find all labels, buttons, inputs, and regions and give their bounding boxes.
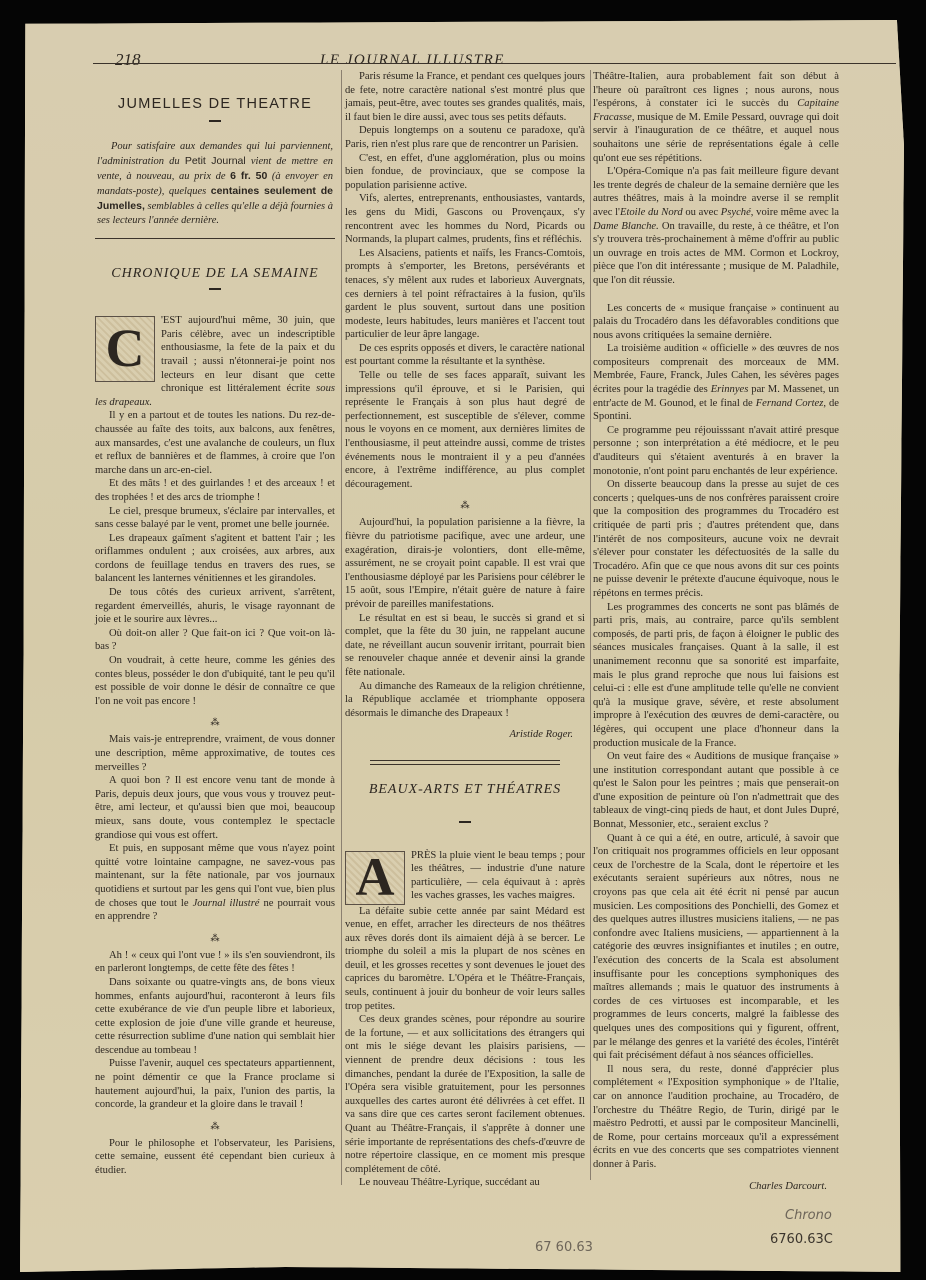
archive-pencil-code: 6760.63C [770, 1232, 833, 1247]
paragraph: On voudrait, à cette heure, comme les gé… [95, 654, 335, 708]
beaux-arts-paragraph: Ce programme peu réjouisssant n'avait at… [593, 424, 839, 478]
column-1: JUMELLES DE THEATRE Pour satisfaire aux … [95, 70, 335, 1178]
double-rule [370, 760, 560, 765]
beaux-arts-intro: A PRÈS la pluie vient le beau temps ; po… [345, 849, 585, 905]
beaux-arts-paragraph: L'Opéra-Comique n'a pas fait meilleure f… [593, 165, 839, 287]
section-rule [95, 238, 335, 239]
paragraph: On veut faire des « Auditions de musique… [593, 750, 839, 832]
beaux-arts-paragraph: Les concerts de « musique française » co… [593, 302, 839, 343]
chronique-paragraphs-f: Aujourd'hui, la population parisienne a … [345, 516, 585, 720]
asterism: ⁂ [95, 1122, 335, 1131]
archive-pencil-word: Chrono [785, 1208, 832, 1223]
header-rule [93, 63, 896, 64]
chronique-paragraphs-d: Pour le philosophe et l'observateur, les… [95, 1137, 335, 1178]
section-dash [459, 821, 471, 823]
paragraph: Il y en a partout et de toutes les natio… [95, 409, 335, 477]
paragraph: Au dimanche des Rameaux de la religion c… [345, 680, 585, 721]
chronique-paragraphs-b: Mais vais-je entreprendre, vraiment, de … [95, 733, 335, 842]
paragraph: Les Alsaciens, patients et naïfs, les Fr… [345, 247, 585, 342]
running-head: 218 LE JOURNAL ILLUSTRE [115, 50, 874, 72]
paragraph: Puisse l'avenir, auquel ces spectateurs … [95, 1057, 335, 1111]
paragraph: On disserte beaucoup dans la presse au s… [593, 478, 839, 600]
asterism: ⁂ [345, 501, 585, 510]
chronique-intro: C 'EST aujourd'hui même, 30 juin, que Pa… [95, 314, 335, 409]
paragraph: Vifs, alertes, entreprenants, enthousias… [345, 192, 585, 246]
paragraph: Et des mâts ! et des guirlandes ! et des… [95, 477, 335, 504]
beaux-arts-paragraphs-a: La défaite subie cette année par saint M… [345, 905, 585, 1190]
chronique-paragraph: Et puis, en supposant même que vous n'ay… [95, 842, 335, 924]
paragraph: Où doit-on aller ? Que fait-on ici ? Que… [95, 627, 335, 654]
paragraph: Quant à ce qui a été, en outre, articulé… [593, 832, 839, 1063]
ornate-dropcap-c: C [95, 316, 155, 382]
paragraph: Depuis longtemps on a soutenu ce paradox… [345, 124, 585, 151]
chronique-paragraphs-e: Paris résume la France, et pendant ces q… [345, 70, 585, 491]
asterism: ⁂ [95, 718, 335, 727]
paragraph: De ces esprits opposés et divers, le car… [345, 342, 585, 369]
paragraph: Telle ou telle de ses faces apparaît, su… [345, 369, 585, 491]
paragraph: Pour le philosophe et l'observateur, les… [95, 1137, 335, 1178]
paragraph: Le nouveau Théâtre-Lyrique, succédant au [345, 1176, 585, 1190]
paragraph: Aujourd'hui, la population parisienne a … [345, 516, 585, 611]
journal-title: LE JOURNAL ILLUSTRE [320, 52, 505, 69]
paragraph: La défaite subie cette année par saint M… [345, 905, 585, 1014]
paragraph: Les drapeaux gaîment s'agitent et batten… [95, 532, 335, 586]
paragraph: Ces deux grandes scènes, pour répondre a… [345, 1013, 585, 1176]
column-divider-2 [590, 70, 591, 1180]
beaux-arts-signature: Charles Darcourt. [593, 1180, 827, 1194]
beaux-arts-paragraph: La troisième audition « officielle » des… [593, 342, 839, 424]
chronique-signature: Aristide Roger. [345, 728, 573, 742]
paragraph: Le résultat en est si beau, le succès si… [345, 612, 585, 680]
beaux-arts-title: BEAUX-ARTS ET THÉATRES [345, 783, 585, 797]
jumelles-notice: Pour satisfaire aux demandes qui lui par… [95, 140, 335, 228]
jumelles-title: JUMELLES DE THEATRE [95, 98, 335, 112]
section-dash [209, 120, 221, 122]
paragraph: Mais vais-je entreprendre, vraiment, de … [95, 733, 335, 774]
paragraph: Dans soixante ou quatre-vingts ans, de b… [95, 976, 335, 1058]
chronique-title: CHRONIQUE DE LA SEMAINE [95, 267, 335, 281]
column-divider-1 [341, 70, 342, 1185]
paragraph: C'est, en effet, d'une agglomération, pl… [345, 152, 585, 193]
chronique-paragraphs-a: Il y en a partout et de toutes les natio… [95, 409, 335, 708]
archive-pencil-mark: 67 60.63 [535, 1240, 593, 1255]
chronique-paragraphs-c: Ah ! « ceux qui l'ont vue ! » ils s'en s… [95, 949, 335, 1112]
ornate-dropcap-a: A [345, 851, 405, 905]
page-number: 218 [115, 50, 141, 70]
beaux-arts-paragraphs-col3: On disserte beaucoup dans la presse au s… [593, 478, 839, 1171]
paragraph: Il nous sera, du reste, donné d'apprécie… [593, 1063, 839, 1172]
paragraph: De tous côtés des curieux arrivent, s'ar… [95, 586, 335, 627]
paragraph: Ah ! « ceux qui l'ont vue ! » ils s'en s… [95, 949, 335, 976]
column-3: Théâtre-Italien, aura probablement fait … [593, 70, 839, 1193]
paragraph: Les programmes des concerts ne sont pas … [593, 601, 839, 751]
beaux-arts-paragraph: Théâtre-Italien, aura probablement fait … [593, 70, 839, 165]
section-dash [209, 288, 221, 290]
column-2: Paris résume la France, et pendant ces q… [345, 70, 585, 1190]
paragraph: Le ciel, presque brumeux, s'éclaire par … [95, 505, 335, 532]
paragraph: Paris résume la France, et pendant ces q… [345, 70, 585, 124]
paragraph: A quoi bon ? Il est encore venu tant de … [95, 774, 335, 842]
asterism: ⁂ [95, 934, 335, 943]
